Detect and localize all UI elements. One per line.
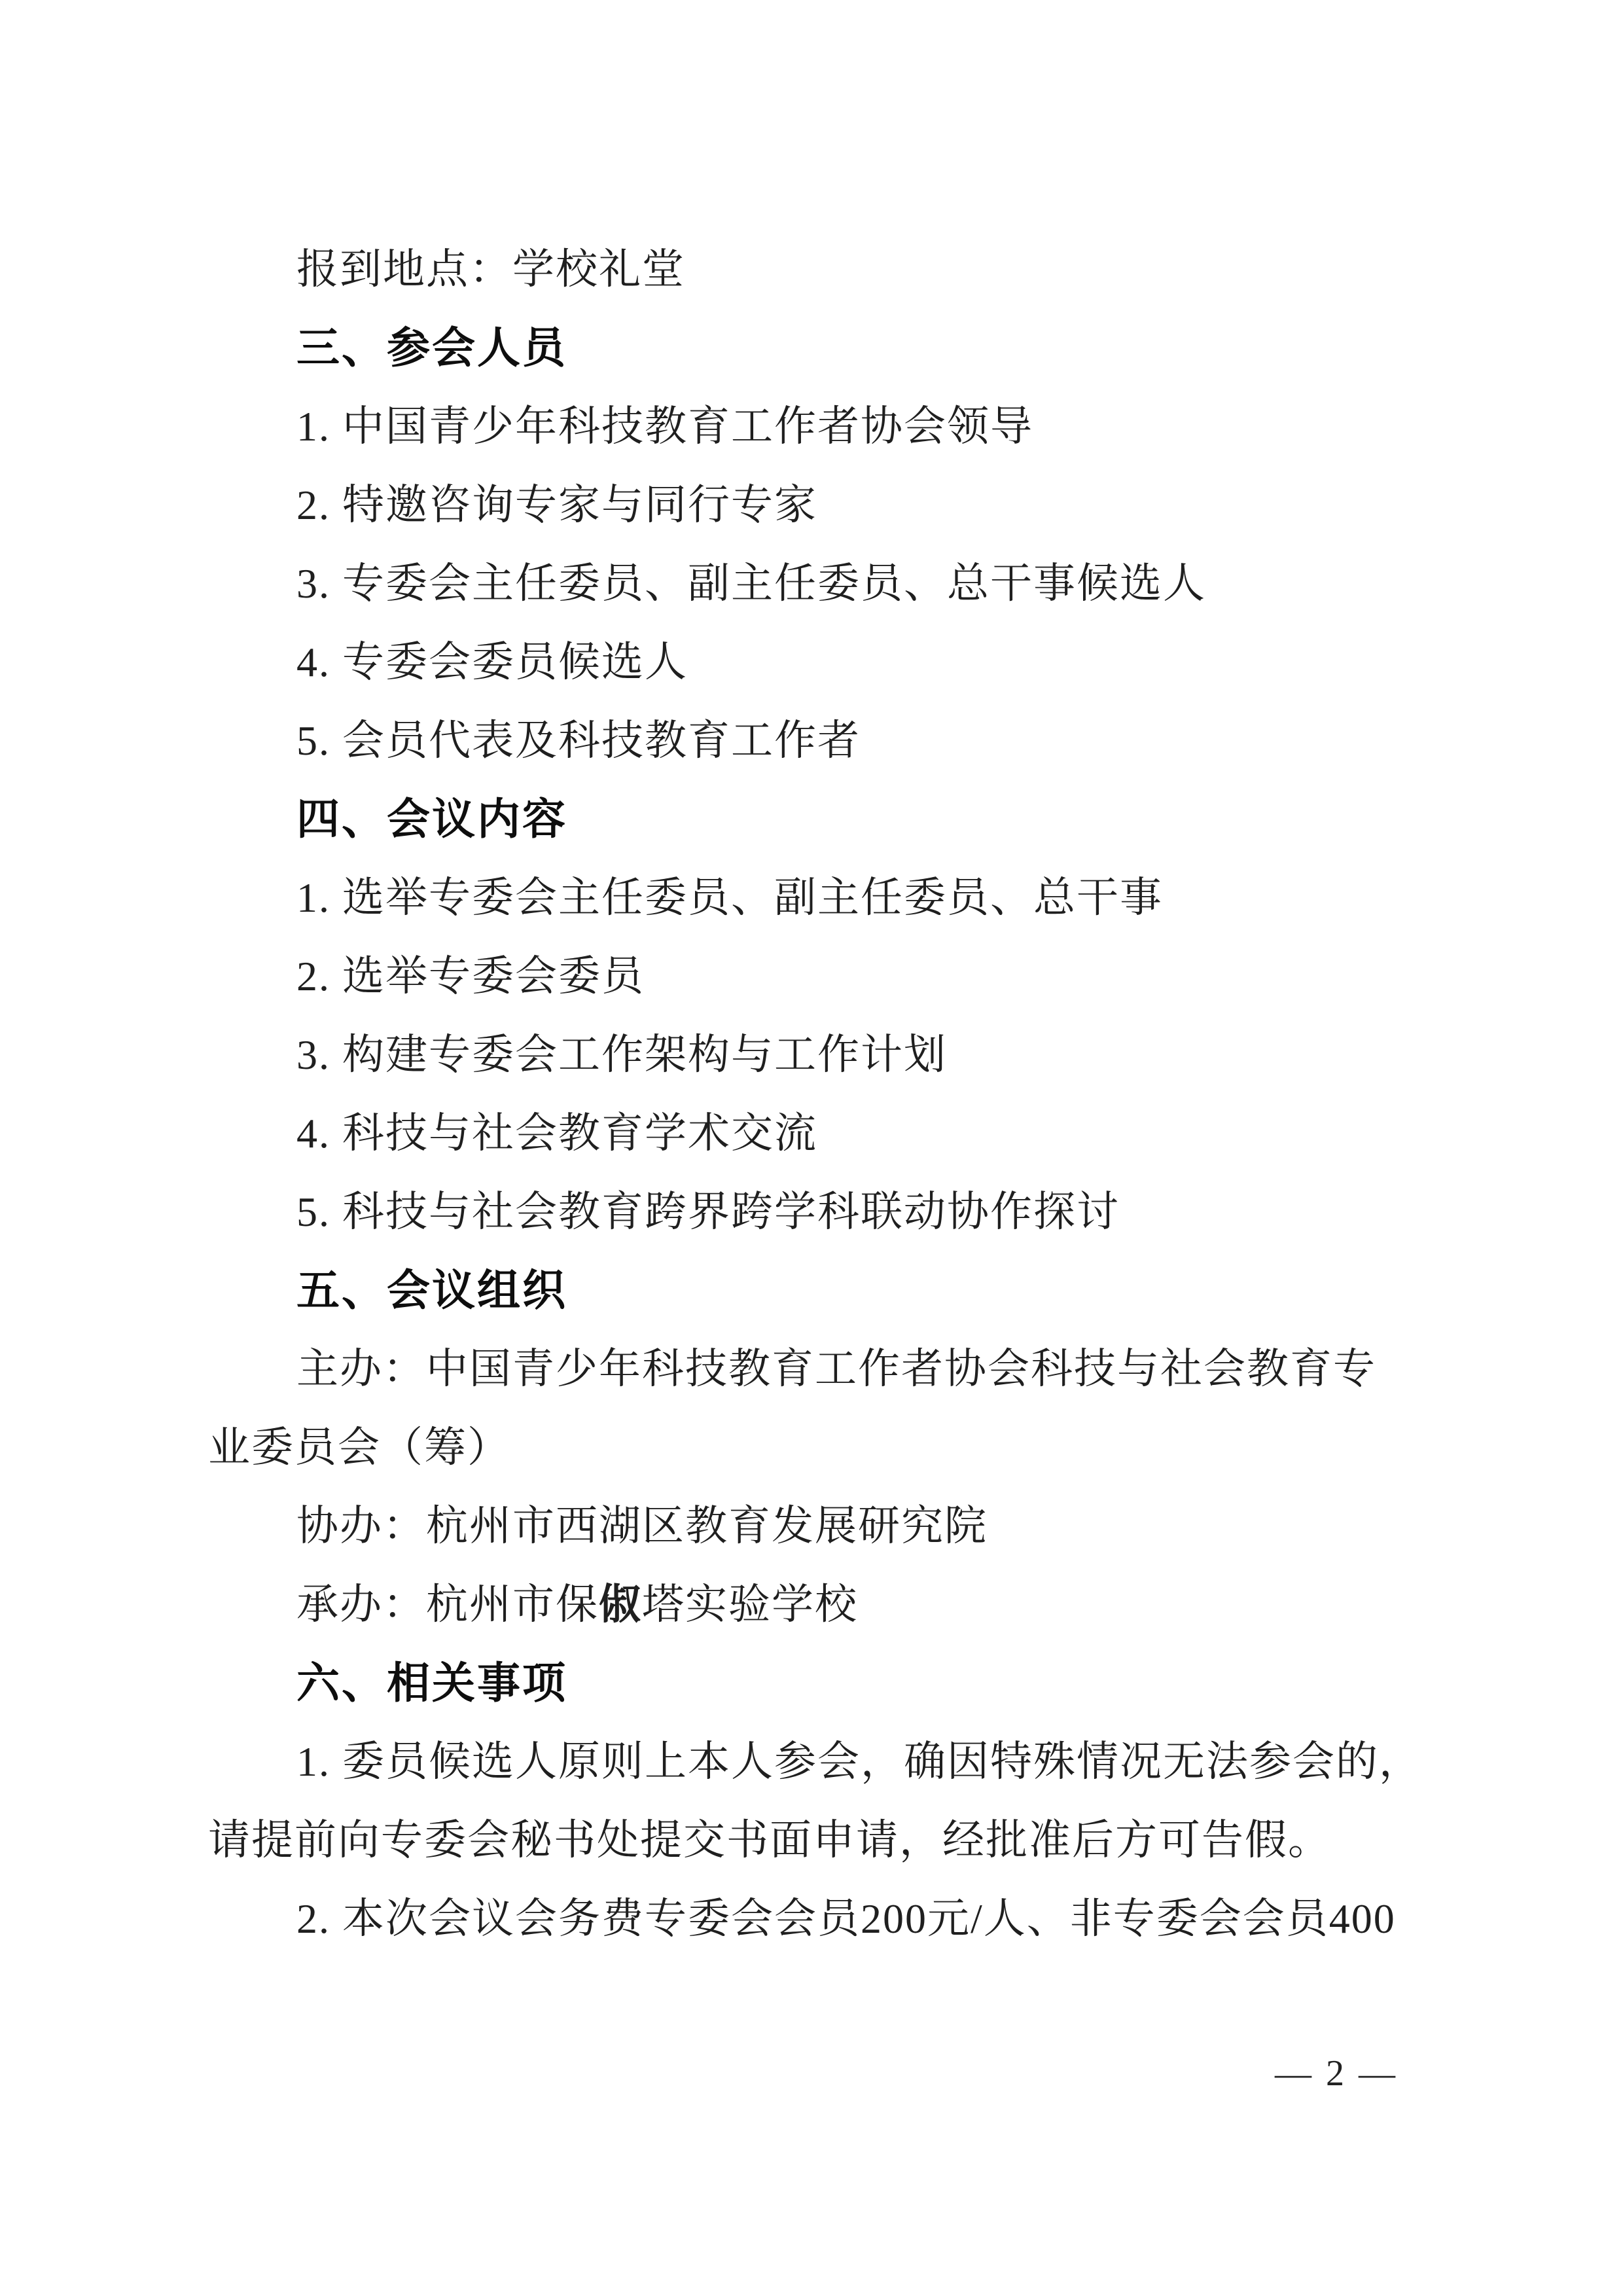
attendees-item-2: 2. 特邀咨询专家与同行专家 (208, 466, 1425, 545)
heading-section-5-organization: 五、会议组织 (208, 1251, 1425, 1330)
attendees-item-5: 5. 会员代表及科技教育工作者 (208, 702, 1425, 780)
heading-section-4-agenda: 四、会议内容 (208, 780, 1425, 859)
organizer-undertaker-suffix: 塔实验学校 (642, 1581, 858, 1628)
attendees-item-1: 1. 中国青少年科技教育工作者协会领导 (208, 387, 1425, 466)
page-number: — 2 — (1275, 2053, 1398, 2094)
agenda-item-2: 2. 选举专委会委员 (208, 937, 1425, 1016)
organizer-co-organizer: 协办：杭州市西湖区教育发展研究院 (208, 1487, 1425, 1566)
document-page: 报到地点：学校礼堂 三、参会人员 1. 中国青少年科技教育工作者协会领导 2. … (0, 0, 1623, 2296)
agenda-item-1: 1. 选举专委会主任委员、副主任委员、总干事 (208, 859, 1425, 937)
agenda-item-5: 5. 科技与社会教育跨界跨学科联动协作探讨 (208, 1173, 1425, 1251)
organizer-undertaker-prefix: 承办：杭州市保 (296, 1581, 599, 1628)
agenda-item-3: 3. 构建专委会工作架构与工作计划 (208, 1016, 1425, 1094)
organizer-host-line-1: 主办：中国青少年科技教育工作者协会科技与社会教育专 (208, 1330, 1425, 1408)
line-registration-location: 报到地点：学校礼堂 (208, 230, 1425, 309)
heading-section-6-notes: 六、相关事项 (208, 1644, 1425, 1723)
organizer-host-line-2: 业委员会（筹） (208, 1408, 1425, 1487)
note-item-1-line-2: 请提前向专委会秘书处提交书面申请，经批准后方可告假。 (208, 1801, 1425, 1880)
note-item-1-line-1: 1. 委员候选人原则上本人参会，确因特殊情况无法参会的， (208, 1723, 1425, 1801)
document-body: 报到地点：学校礼堂 三、参会人员 1. 中国青少年科技教育工作者协会领导 2. … (208, 230, 1425, 1958)
agenda-item-4: 4. 科技与社会教育学术交流 (208, 1094, 1425, 1173)
note-item-2-line-1: 2. 本次会议会务费专委会会员200元/人、非专委会会员400 (208, 1880, 1425, 1958)
organizer-undertaker-special-char: 俶 (599, 1581, 642, 1629)
attendees-item-3: 3. 专委会主任委员、副主任委员、总干事候选人 (208, 545, 1425, 623)
heading-section-3-attendees: 三、参会人员 (208, 309, 1425, 387)
attendees-item-4: 4. 专委会委员候选人 (208, 623, 1425, 702)
organizer-undertaker: 承办：杭州市保俶塔实验学校 (208, 1566, 1425, 1644)
